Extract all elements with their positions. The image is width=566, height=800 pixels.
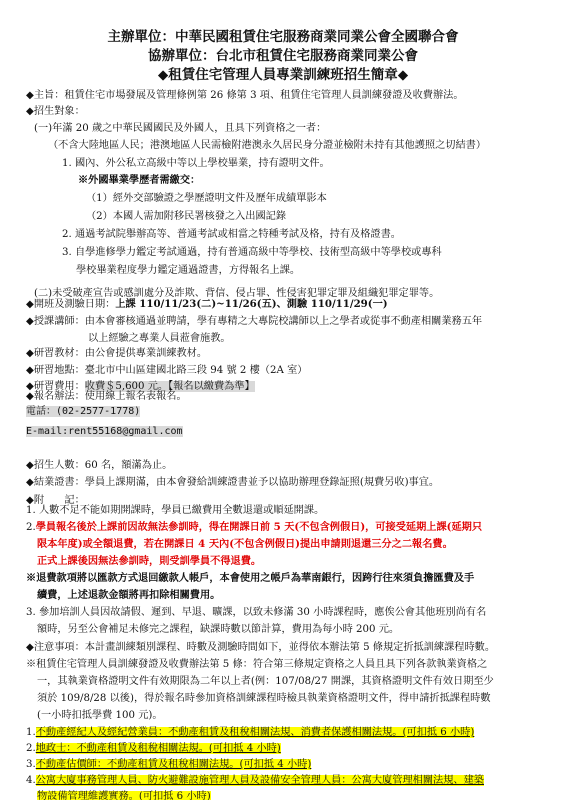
refund-note-line-1: ※退費款項將以匯款方式退回繳款人帳戶，本會使用之帳戶為華南銀行，因跨行往來須負擔…	[26, 571, 474, 586]
deduction-text: 公寓大廈事務管理人員、防火避難設施管理人員及設備安全管理人員：公寓大廈管理相關法…	[36, 775, 484, 786]
note-3-line-1: 3. 參加培訓人員因故請假、遲到、早退、曠課，以致未修滿 30 小時課程時，應俟…	[26, 605, 486, 620]
schedule-label: ◆開班及測驗日期：	[26, 299, 115, 310]
materials-line: ◆研習教材：由公會提供專業訓練教材。	[26, 346, 207, 361]
deduction-text: 不動產估價師：不動產租賃及租稅相關法規。(可扣抵 4 小時)	[36, 759, 312, 770]
note-2-text: 學員報名後於上課前因故無法參訓時，得在開課日前 5 天(不包含例假日)，可接受延…	[36, 521, 482, 533]
note-2-line-2: 限本年度)或全額退費，若在開課日 4 天內(不包含例假日)提出申請則退還三分之二…	[37, 537, 453, 552]
foreign-degree-item-1: （1）經外交部驗證之學歷證明文件及歷年成績單影本	[86, 191, 327, 206]
deduction-number: 2.	[26, 743, 36, 754]
location-label: ◆研習地點：	[26, 365, 85, 376]
deduction-item: 2.地政士：不動產租賃及租稅相關法規。(可扣抵 4 小時)	[26, 741, 281, 756]
rule-line-4: (一小時扣抵學費 100 元)。	[37, 708, 163, 723]
location-line: ◆研習地點：臺北市中山區建國北路三段 94 號 2 樓（2A 室）	[26, 363, 307, 378]
deduction-item: 1.不動產經紀人及經紀營業員：不動產租賃及租稅相關法規、消費者保護相關法規。(可…	[26, 725, 474, 740]
eligibility-note: （不含大陸地區人民；港澳地區人民需檢附港澳永久居民身分證並檢附未持有其他護照之切…	[48, 138, 486, 153]
deduction-text: 地政士：不動產租賃及租稅相關法規。(可扣抵 4 小時)	[36, 743, 281, 754]
deduction-item-continued: 物設備管理維護實務。(可扣抵 6 小時)	[37, 789, 211, 800]
location-value: 臺北市中山區建國北路三段 94 號 2 樓（2A 室）	[85, 365, 308, 376]
note-1: 1. 人數不足不能如期開課時，學員已繳費用全數退還或順延開課。	[26, 503, 324, 518]
deduction-text: 不動產經紀人及經紀營業員：不動產租賃及租稅相關法規、消費者保護相關法規。(可扣抵…	[36, 727, 475, 738]
deduction-item: 4.公寓大廈事務管理人員、防火避難設施管理人員及設備安全管理人員：公寓大廈管理相…	[26, 773, 484, 788]
foreign-degree-heading: ※外國畢業學歷者需繳交：	[78, 173, 200, 188]
materials-value: 由公會提供專業訓練教材。	[85, 348, 207, 359]
rule-line-1: ※租賃住宅管理人員訓練發證及收費辦法第 5 條：符合第三條規定資格之人員且具下列…	[26, 657, 487, 672]
foreign-degree-item-2: （2）本國人需加附移民署核發之入出國記錄	[86, 209, 286, 224]
enrollment-label: ◆招生人數：	[26, 460, 85, 471]
schedule-value: 上課 110/11/23(二)~11/26(五)、測驗 110/11/29(一)	[115, 298, 387, 310]
registration-line: ◆報名辦法：使用線上報名表報名。	[26, 389, 187, 404]
deduction-number: 3.	[26, 759, 36, 770]
note-3-line-2: 額時，另至公會補足未修完之課程，缺課時數以節計算，費用為每小時 200 元。	[37, 622, 399, 637]
note-2-line-3: 正式上課後因無法參訓時，則受訓學員不得退費。	[37, 554, 261, 569]
instructors-value: 由本會審核通過並聘請，學有專精之大專院校講師以上之學者或從事不動產相關業務五年	[85, 316, 482, 327]
co-organizer-line: 協辦單位：台北市租賃住宅服務商業同業公會	[0, 47, 566, 66]
enrollment-value: 60 名，額滿為止。	[85, 460, 173, 471]
eligibility-item-1: (一)年滿 20 歲之中華民國國民及外國人，且具下列資格之一者：	[34, 121, 326, 136]
note-2-line-1: 2.學員報名後於上課前因故無法參訓時，得在開課日前 5 天(不包含例假日)，可接…	[26, 520, 482, 535]
deduction-number: 4.	[26, 775, 36, 786]
phone-line: 電話：(02-2577-1778)	[26, 404, 140, 419]
organizer-line: 主辦單位：中華民國租賃住宅服務商業同業公會全國聯合會	[0, 28, 566, 47]
materials-label: ◆研習教材：	[26, 348, 85, 359]
enrollment-line: ◆招生人數：60 名，額滿為止。	[26, 458, 172, 473]
schedule-line: ◆開班及測驗日期：上課 110/11/23(二)~11/26(五)、測驗 110…	[26, 297, 388, 312]
deduction-number: 1.	[26, 727, 36, 738]
purpose-line: ◆主旨：租賃住宅市場發展及管理條例第 26 條第 3 項、租賃住宅管理人員訓練發…	[26, 88, 464, 103]
rule-line-3: 須於 109/8/28 以後)，得於報名時參加資格訓練課程時檢具執業資格證明文件…	[37, 691, 491, 706]
document-page: 主辦單位：中華民國租賃住宅服務商業同業公會全國聯合會 協辦單位：台北市租賃住宅服…	[0, 0, 566, 800]
eligibility-sub-3-line-1: 3. 自學進修學力鑑定考試通過，持有普通高級中等學校、技術型高級中等學校或專科	[62, 245, 442, 260]
email-address[interactable]: E-mail:rent55168@gmail.com	[26, 426, 183, 437]
eligibility-sub-1: 1. 國內、外公私立高級中等以上學校畢業，持有證明文件。	[62, 156, 330, 171]
phone-number: 電話：(02-2577-1778)	[26, 406, 140, 417]
deduction-item: 3.不動產估價師：不動產租賃及租稅相關法規。(可扣抵 4 小時)	[26, 757, 311, 772]
registration-label: ◆報名辦法：	[26, 391, 85, 402]
eligibility-sub-2: 2. 通過考試院舉辦高等、普通考試或相當之特種考試及格，持有及格證書。	[62, 227, 401, 242]
certificate-line: ◆結業證書：學員上課期滿，由本會發給訓練證書並予以協助辦理登錄証照(規費另收)事…	[26, 475, 439, 490]
eligibility-sub-3-line-2: 學校畢業程度學力鑑定通過證書，方得報名上課。	[76, 263, 300, 278]
registration-value: 使用線上報名表報名。	[85, 391, 187, 402]
rule-line-2: 一，其執業資格證明文件有效期限為二年以上者(例：107/08/27 開課，其資格…	[37, 674, 494, 689]
instructors-line: ◆授課講師：由本會審核通過並聘請，學有專精之大專院校講師以上之學者或從事不動產相…	[26, 314, 482, 329]
eligibility-heading: ◆招生對象：	[26, 104, 85, 119]
attention-line: ◆注意事項：本計畫訓練類別課程、時數及測驗時間如下，並得依本辦法第 5 條規定折…	[26, 640, 495, 655]
instructors-line-2: 以上經驗之專業人員蒞會施教。	[88, 331, 231, 346]
deduction-text-continued: 物設備管理維護實務。(可扣抵 6 小時)	[37, 791, 211, 800]
certificate-value: 學員上課期滿，由本會發給訓練證書並予以協助辦理登錄証照(規費另收)事宜。	[85, 477, 439, 488]
note-2-number: 2.	[26, 522, 36, 533]
certificate-label: ◆結業證書：	[26, 477, 85, 488]
document-title: ◆租賃住宅管理人員專業訓練班招生簡章◆	[0, 66, 566, 85]
refund-note-line-2: 續費，上述退款金額將再扣除相關費用。	[37, 588, 220, 603]
email-line: E-mail:rent55168@gmail.com	[26, 424, 183, 439]
instructors-label: ◆授課講師：	[26, 316, 85, 327]
